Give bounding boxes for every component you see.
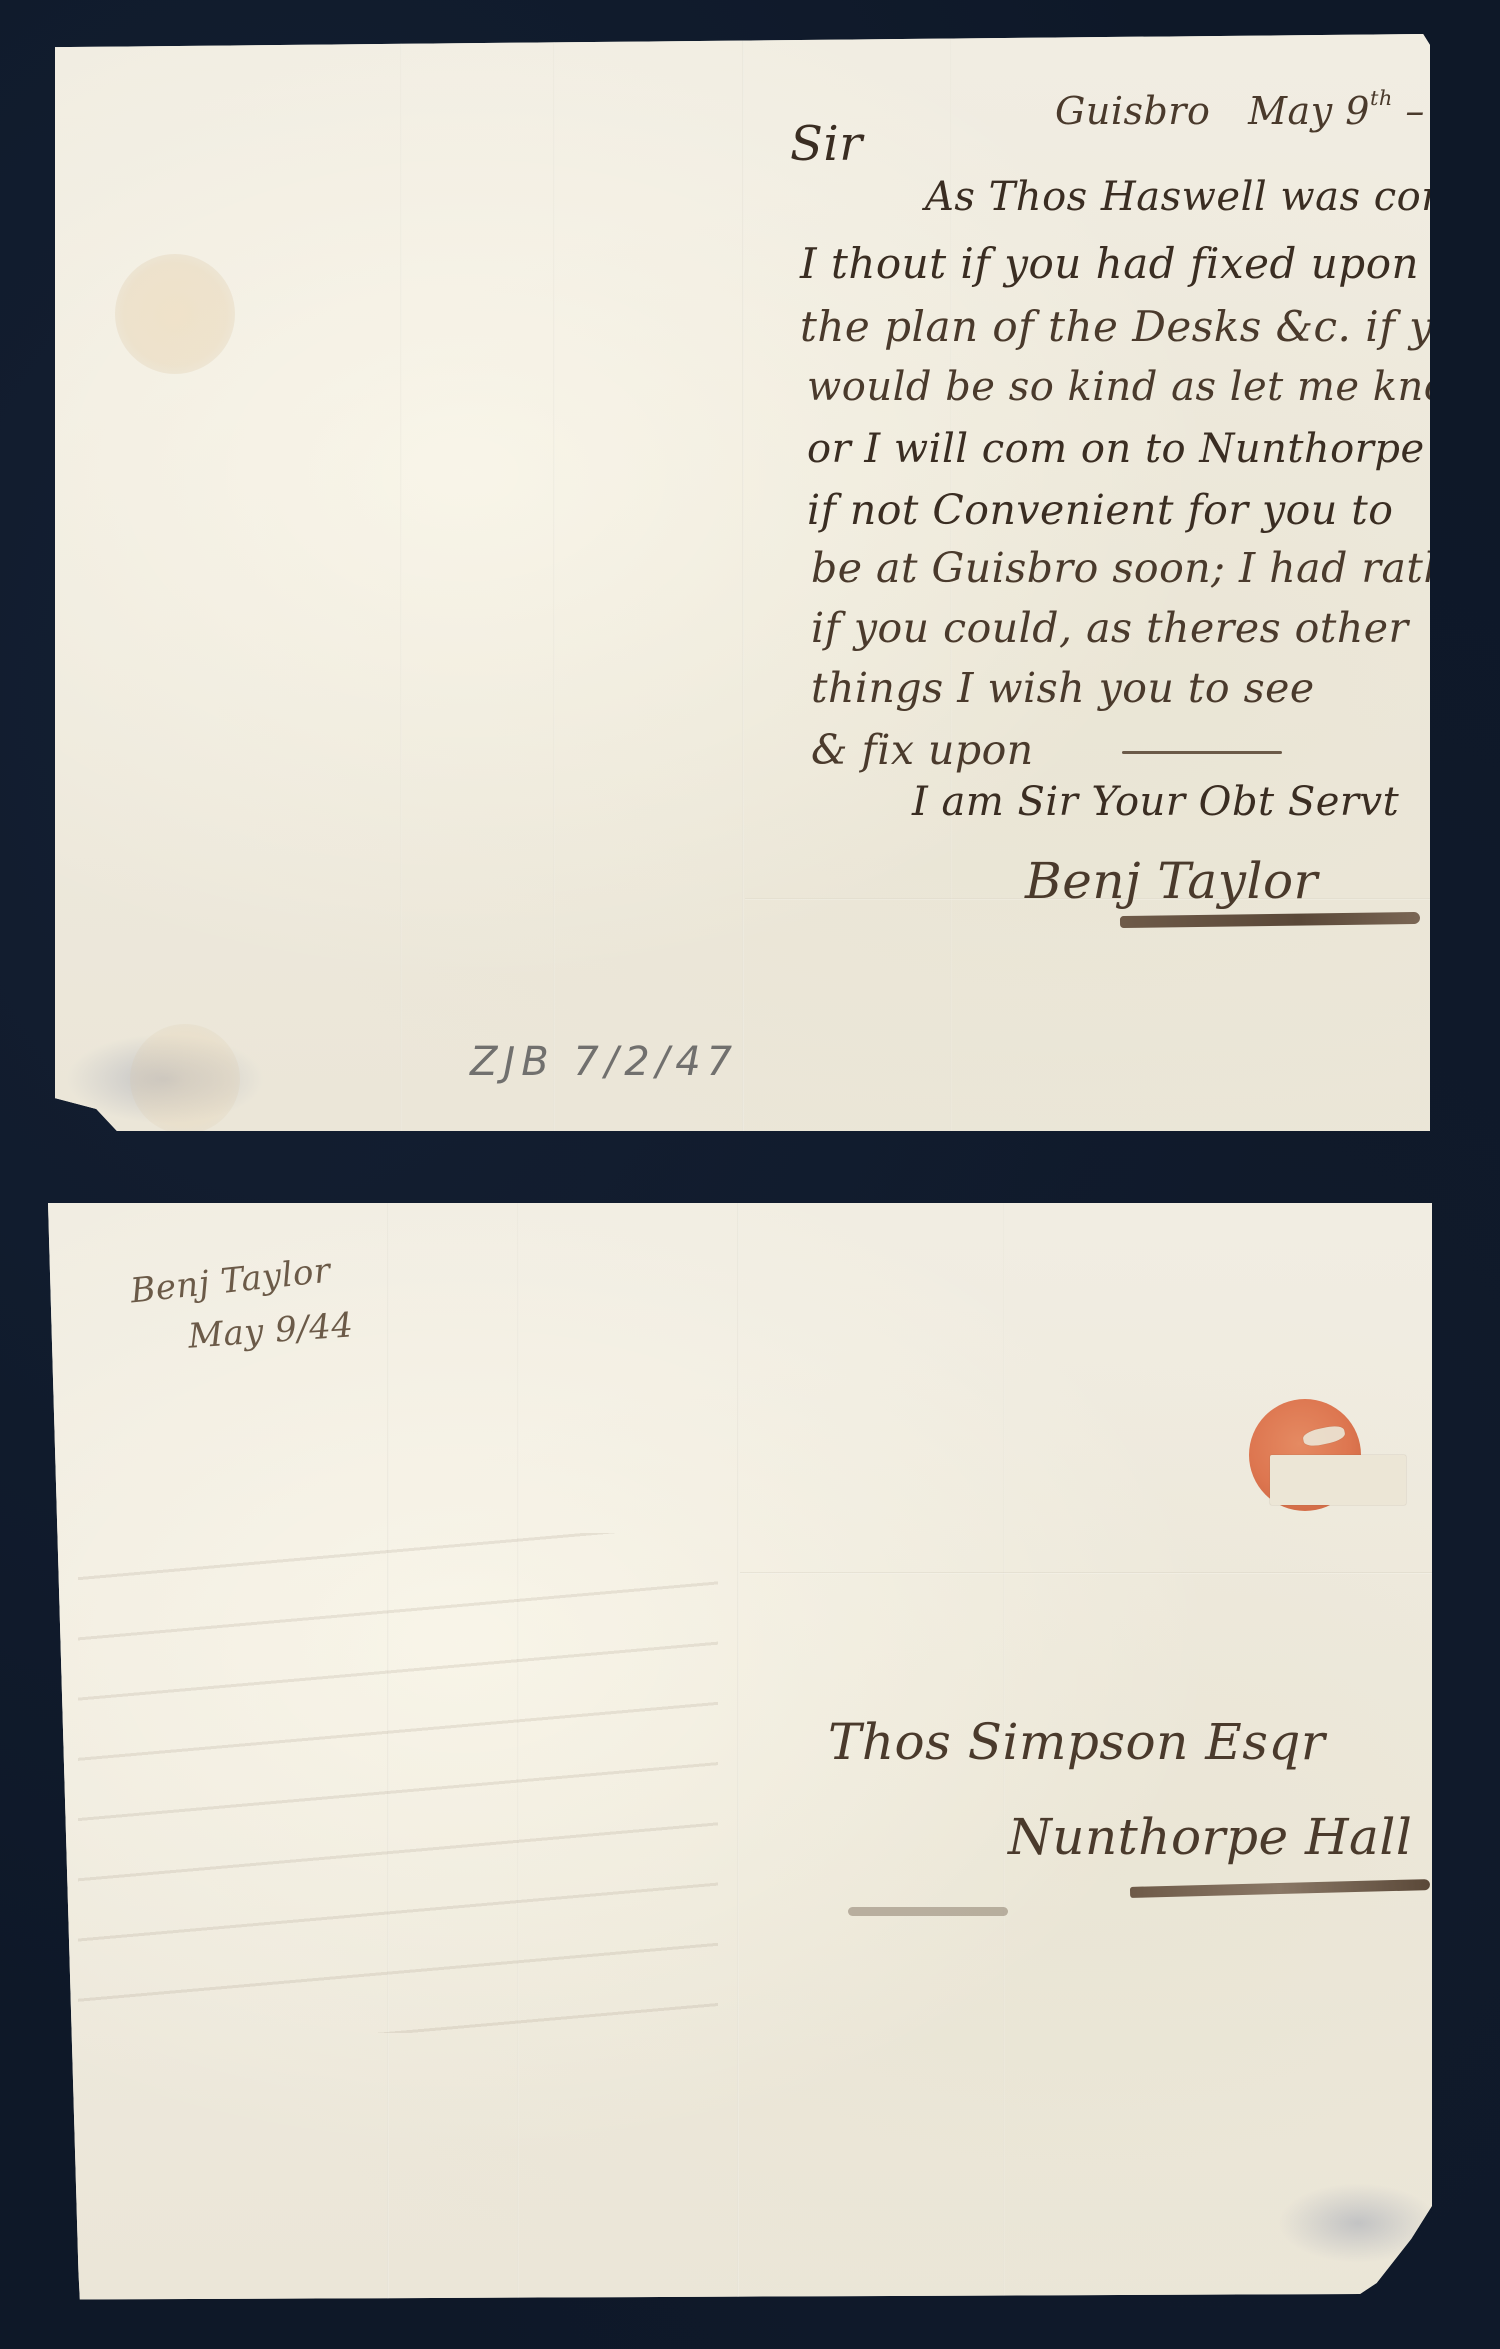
address-line-name: Thos Simpson Esqr: [828, 1713, 1325, 1771]
docket-name: Benj Taylor: [128, 1251, 332, 1312]
archival-pencil-note: ZJB 7/2/47: [470, 1039, 738, 1085]
letter-date-line: Guisbro May 9th – 44: [1055, 86, 1487, 133]
fold-line: [400, 34, 402, 1131]
ink-smear: [848, 1907, 1008, 1916]
letter-body-line: the plan of the Desks &c. if you: [800, 302, 1487, 351]
center-fold-line: [742, 34, 744, 1131]
letter-body-line: would be so kind as let me know: [807, 364, 1483, 410]
letter-body-line: As Thos Haswell was coming: [925, 174, 1500, 220]
letter-place: Guisbro: [1055, 89, 1210, 133]
letter-month-day: May 9: [1248, 89, 1370, 133]
seal-paper-flap: [1270, 1455, 1406, 1505]
letter-signature: Benj Taylor: [1025, 852, 1318, 910]
address-line-place: Nunthorpe Hall: [1008, 1808, 1412, 1866]
ink-bleed-through: [78, 1533, 718, 2033]
seal-residue-mark: [115, 254, 235, 374]
letter-inside-sheet: ZJB 7/2/47 Guisbro May 9th – 44 Sir As T…: [55, 34, 1430, 1131]
letter-date-superscript: th: [1370, 86, 1393, 110]
letter-year: 44: [1437, 89, 1486, 133]
ink-dash: [1122, 751, 1282, 754]
signature-flourish: [1120, 912, 1420, 928]
letter-body-line: & fix upon: [811, 726, 1034, 774]
stain: [1278, 2183, 1438, 2263]
letter-outside-sheet: Benj Taylor May 9/44 Thos Simpson Esqr N…: [48, 1203, 1432, 2305]
letter-closing: I am Sir Your Obt Servt: [912, 779, 1399, 825]
letter-body-line: if you could, as theres other: [811, 604, 1409, 652]
letter-salutation: Sir: [790, 116, 863, 172]
letter-body-line: be at Guisbro soon; I had rather: [811, 544, 1495, 592]
fold-line: [553, 34, 555, 1131]
seal-residue-mark: [130, 1024, 240, 1134]
center-fold-line: [737, 1203, 739, 2305]
fold-line: [740, 1572, 1432, 1574]
letter-body-line: things I wish you to see: [811, 664, 1315, 712]
letter-body-line: or I will com on to Nunthorpe: [807, 426, 1425, 472]
signature-name: Benj Taylor: [1025, 852, 1318, 910]
docket-date: May 9/44: [187, 1305, 355, 1356]
address-flourish: [1130, 1879, 1430, 1898]
letter-body-line: if not Convenient for you to: [807, 486, 1393, 534]
letter-body-line: I thout if you had fixed upon: [800, 239, 1419, 288]
